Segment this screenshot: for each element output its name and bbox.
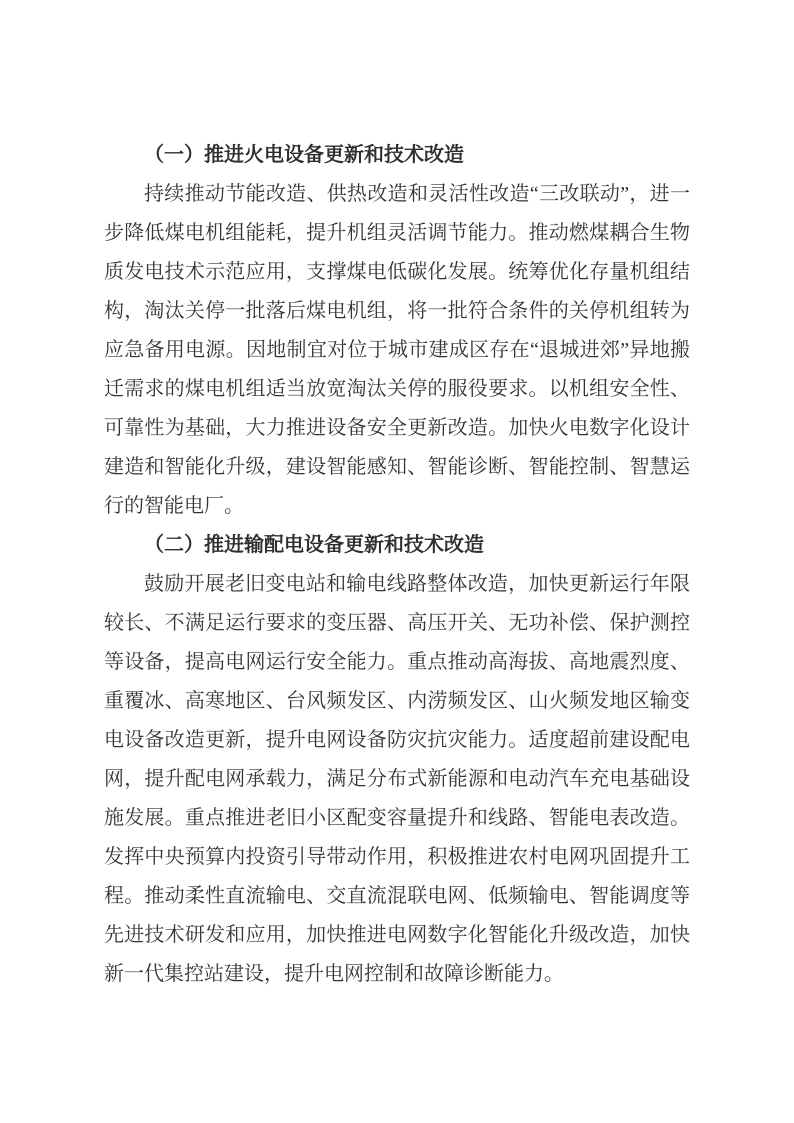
section-2-heading: （二）推进输配电设备更新和技术改造 xyxy=(104,526,690,565)
document-content: （一）推进火电设备更新和技术改造 持续推动节能改造、供热改造和灵活性改造“三改联… xyxy=(104,136,690,994)
section-1-paragraph: 持续推动节能改造、供热改造和灵活性改造“三改联动”，进一步降低煤电机组能耗，提升… xyxy=(104,175,690,526)
section-2-paragraph: 鼓励开展老旧变电站和输电线路整体改造，加快更新运行年限较长、不满足运行要求的变压… xyxy=(104,565,690,994)
section-1-heading: （一）推进火电设备更新和技术改造 xyxy=(104,136,690,175)
document-page: （一）推进火电设备更新和技术改造 持续推动节能改造、供热改造和灵活性改造“三改联… xyxy=(0,0,794,1123)
